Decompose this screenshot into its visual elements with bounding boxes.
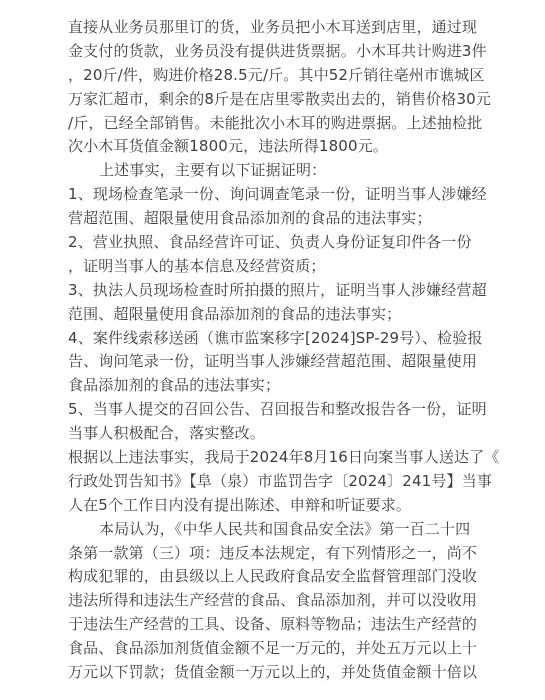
text-line: 4、案件线索移送函（谯市监案移字[2024]SP-29号）、检验报 [68,327,481,351]
text-line: 范围、超限量使用食品添加剂的食品的违法事实； [68,303,481,327]
document-text: 直接从业务员那里订的货，业务员把小木耳送到店里，通过现金支付的货款，业务员没有提… [68,16,481,685]
text-line: /斤，已经全部销售。未能批次小木耳的购进票据。上述抽检批 [68,112,481,136]
text-line: 5、当事人提交的召回公告、召回报告和整改报告各一份，证明 [68,398,481,422]
text-line: 营超范围、超限量使用食品添加剂的食品的违法事实； [68,207,481,231]
text-line: 本局认为，《中华人民共和国食品安全法》第一百二十四 [68,518,481,542]
text-line: 直接从业务员那里订的货，业务员把小木耳送到店里，通过现 [68,16,481,40]
text-line: 1、现场检查笔录一份、询问调查笔录一份，证明当事人涉嫌经 [68,183,481,207]
text-line: 次小木耳货值金额1800元，违法所得1800元。 [68,135,481,159]
text-line: 于违法生产经营的工具、设备、原料等物品；违法生产经营的 [68,613,481,637]
text-line: 万元以下罚款；货值金额一万元以上的，并处货值金额十倍以 [68,661,481,685]
text-line: 2、营业执照、食品经营许可证、负责人身份证复印件各一份 [68,231,481,255]
text-line: 人在5个工作日内没有提出陈述、申辩和听证要求。 [68,494,481,518]
text-line: 食品添加剂的食品的违法事实； [68,374,481,398]
text-line: 上述事实，主要有以下证据证明： [68,159,481,183]
text-line: ，证明当事人的基本信息及经营资质； [68,255,481,279]
text-line: 违法所得和违法生产经营的食品、食品添加剂，并可以没收用 [68,589,481,613]
text-line: 行政处罚告知书》【阜（泉）市监罚告字〔2024〕241号】当事 [68,470,481,494]
text-line: 当事人积极配合，落实整改。 [68,422,481,446]
text-line: 3、执法人员现场检查时所拍摄的照片，证明当事人涉嫌经营超 [68,279,481,303]
text-line: 告、询问笔录一份，证明当事人涉嫌经营超范围、超限量使用 [68,350,481,374]
document-page: 直接从业务员那里订的货，业务员把小木耳送到店里，通过现金支付的货款，业务员没有提… [0,0,545,700]
text-line: 食品、食品添加剂货值金额不足一万元的，并处五万元以上十 [68,637,481,661]
text-line: ，20斤/件，购进价格28.5元/斤。其中52斤销往亳州市谯城区 [68,64,481,88]
text-line: 根据以上违法事实，我局于2024年8月16日向案当事人送达了《 [68,446,481,470]
text-line: 构成犯罪的，由县级以上人民政府食品安全监督管理部门没收 [68,565,481,589]
text-line: 条第一款第（三）项：违反本法规定，有下列情形之一，尚不 [68,542,481,566]
text-line: 万家汇超市，剩余的8斤是在店里零散卖出去的，销售价格30元 [68,88,481,112]
text-line: 金支付的货款，业务员没有提供进货票据。小木耳共计购进3件 [68,40,481,64]
